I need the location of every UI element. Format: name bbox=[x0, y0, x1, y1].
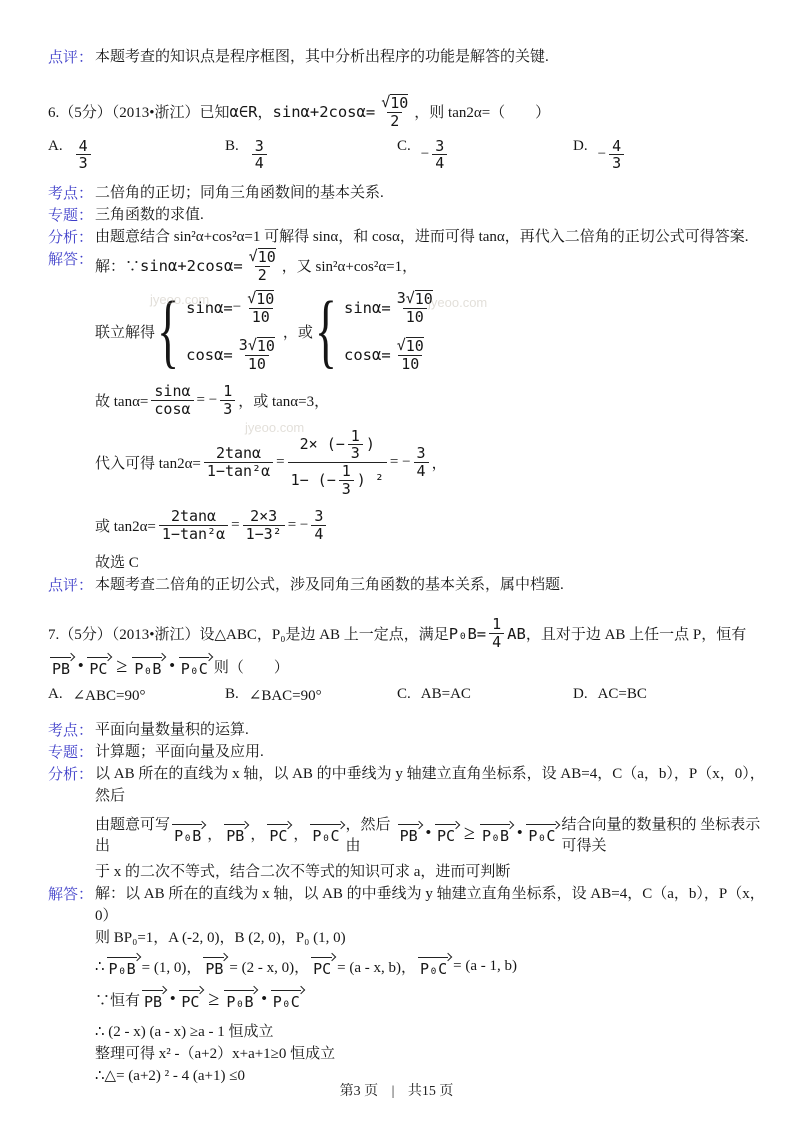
vector-pc: PC bbox=[179, 988, 203, 1011]
q7-stem-line2: PB • PC ≥ P₀B • P₀C 则（ ） bbox=[48, 655, 765, 678]
q7-option-c: C. AB=AC bbox=[397, 686, 573, 703]
q6-option-a: A. 43 bbox=[48, 138, 225, 173]
frac-numerator: 1 bbox=[339, 463, 354, 480]
frac-denominator: 4 bbox=[414, 462, 429, 480]
vector-pc: PC bbox=[267, 822, 291, 845]
sqrt-radicand: 10 bbox=[415, 290, 433, 308]
frac-denominator: 3 bbox=[220, 400, 235, 418]
sep: ， bbox=[250, 823, 265, 844]
frac-denominator: 4 bbox=[252, 154, 267, 172]
q6-solve-line1: 解：∵ sinα+2cosα= 10 2 ，又 sin²α+cos²α=1， bbox=[95, 248, 765, 284]
vector-pb: PB bbox=[203, 955, 227, 978]
vector-p0b: P₀B bbox=[480, 822, 513, 845]
q7-fenxi-line2: 由题意可写出 P₀B ， PB ， PC ， P₀C ，然后由 PB • PC … bbox=[95, 813, 765, 855]
pre: 或 tan2α= bbox=[95, 515, 156, 536]
q7-solve-line2: 则 BP₀=1，A (-2, 0)，B (2, 0)，P₀ (1, 0) bbox=[95, 927, 765, 949]
vector-p0b: P₀B bbox=[172, 822, 205, 845]
q7-ab: AB bbox=[507, 625, 526, 643]
q7-options: A. ∠ABC=90° B. ∠BAC=90° C. AB=AC D. AC=B… bbox=[48, 686, 765, 705]
q6-solve-tan-line: 故 tanα= sinαcosα = − 13 ，或 tanα=3， bbox=[95, 383, 765, 418]
option-text: AB=AC bbox=[421, 686, 471, 703]
q7-kaodian-row: 考点： 平面向量数量积的运算. bbox=[48, 719, 765, 741]
d-post: ) ² bbox=[357, 472, 384, 489]
equals: = − bbox=[197, 392, 218, 409]
equals: = − bbox=[390, 454, 411, 471]
q6-kaodian-row: 考点： 二倍角的正切；同角三角函数间的基本关系. bbox=[48, 182, 765, 204]
option-letter: A. bbox=[48, 138, 63, 155]
vector-pb: PB bbox=[398, 822, 422, 845]
q6-fenxi-text: 由题意结合 sin²α+cos²α=1 可解得 sinα，和 cosα，进而可得… bbox=[95, 226, 765, 248]
vector-p0c: P₀C bbox=[418, 955, 451, 978]
q7-fenxi-row: 分析： 以 AB 所在的直线为 x 轴，以 AB 的中垂线为 y 轴建立直角坐标… bbox=[48, 763, 765, 883]
frac-numerator: 1 bbox=[348, 428, 363, 445]
frac-numerator: 3 bbox=[414, 445, 429, 462]
q7-fenxi-line3: 于 x 的二次不等式，结合二次不等式的知识可求 a，进而可判断 bbox=[95, 861, 765, 883]
pre: 由题意可写出 bbox=[95, 813, 170, 855]
eq: = (2 - x, 0)， bbox=[229, 956, 309, 977]
footer-separator: | bbox=[392, 1084, 395, 1099]
zhuanti-label: 专题： bbox=[48, 741, 95, 762]
sep: ， bbox=[293, 823, 308, 844]
option-text: ∠ABC=90° bbox=[73, 686, 146, 705]
frac-denominator: 2 bbox=[255, 266, 270, 284]
sign: − bbox=[233, 299, 241, 316]
fraction: 10 10 bbox=[244, 290, 277, 326]
frac-denominator: 2 bbox=[387, 112, 402, 130]
sqrt-radicand: 10 bbox=[256, 290, 274, 308]
q6-solve-tan2a-line1: 代入可得 tan2α= 2tanα1−tan²α = 2× (−13) 1− (… bbox=[95, 428, 765, 498]
frac-numerator: sinα bbox=[151, 383, 193, 400]
vector-p0c: P₀C bbox=[179, 655, 212, 678]
q6-option-d: D. − 43 bbox=[573, 138, 627, 173]
frac-denominator: 3 bbox=[76, 154, 91, 172]
q6-stem-prefix: 6.（5分）（2013•浙江）已知 bbox=[48, 101, 230, 122]
q6-option-b: B. 34 bbox=[225, 138, 397, 173]
sqrt-radicand: 10 bbox=[257, 337, 275, 355]
q6-solution: 解：∵ sinα+2cosα= 10 2 ，又 sin²α+cos²α=1， 联… bbox=[95, 248, 765, 574]
q7-zhuanti-text: 计算题；平面向量及应用. bbox=[95, 741, 765, 763]
document-page: 点评： 本题考查的知识点是程序框图，其中分析出程序的功能是解答的关键. 6.（5… bbox=[0, 0, 793, 1087]
pre: ∴ bbox=[95, 957, 105, 976]
q5-comment-text: 本题考查的知识点是程序框图，其中分析出程序的功能是解答的关键. bbox=[95, 46, 765, 68]
q6-dianping-text: 本题考查二倍角的正切公式，涉及同角三角函数的基本关系，属中档题. bbox=[95, 574, 765, 596]
vector-pc: PC bbox=[311, 955, 335, 978]
vector-p0b: P₀B bbox=[132, 655, 165, 678]
q7-kaodian-text: 平面向量数量积的运算. bbox=[95, 719, 765, 741]
q6-jieda-row: 解答： 解：∵ sinα+2cosα= 10 2 ，又 sin²α+cos²α=… bbox=[48, 248, 765, 574]
equals: = − bbox=[288, 517, 309, 534]
option-fraction: 43 bbox=[609, 138, 624, 173]
vector-p0b: P₀B bbox=[107, 955, 140, 978]
q7-zhuanti-row: 专题： 计算题；平面向量及应用. bbox=[48, 741, 765, 763]
frac-numerator: 2×3 bbox=[247, 508, 280, 525]
fraction: 2tanα1−tan²α bbox=[159, 508, 228, 543]
option-letter: D. bbox=[573, 686, 588, 703]
mid: ，然后由 bbox=[346, 813, 396, 855]
q6-option-c: C. − 34 bbox=[397, 138, 573, 173]
frac-denominator: 3 bbox=[339, 480, 354, 498]
q6-options: A. 43 B. 34 C. − 34 D. − 43 bbox=[48, 138, 765, 173]
q7-option-d: D. AC=BC bbox=[573, 686, 647, 703]
q6-stem-fraction: 10 2 bbox=[378, 94, 411, 130]
fraction: 310 10 bbox=[394, 290, 436, 326]
frac-numerator: 1 bbox=[489, 616, 504, 633]
vector-p0c: P₀C bbox=[271, 988, 304, 1011]
zhuanti-label: 专题： bbox=[48, 204, 95, 225]
frac-denominator: 4 bbox=[432, 154, 447, 172]
comment-label: 点评： bbox=[48, 574, 95, 595]
q6-fenxi-row: 分析： 由题意结合 sin²α+cos²α=1 可解得 sinα，和 cosα，… bbox=[48, 226, 765, 248]
dot-operator: • bbox=[426, 825, 431, 842]
dot-operator: • bbox=[261, 991, 266, 1008]
pre: 故 tanα= bbox=[95, 390, 148, 411]
fraction: sinαcosα bbox=[151, 383, 193, 418]
option-letter: B. bbox=[225, 138, 239, 155]
q5-comment-row: 点评： 本题考查的知识点是程序框图，其中分析出程序的功能是解答的关键. bbox=[48, 46, 765, 68]
frac-numerator: 4 bbox=[76, 138, 91, 155]
q7-fenxi-line1: 以 AB 所在的直线为 x 轴，以 AB 的中垂线为 y 轴建立直角坐标系，设 … bbox=[95, 763, 765, 807]
dot-operator: • bbox=[169, 658, 174, 675]
q6-stem-comma: ， bbox=[258, 101, 273, 122]
fenxi-label: 分析： bbox=[48, 763, 95, 784]
lhs: cosα= bbox=[344, 346, 391, 364]
fraction: 10 10 bbox=[394, 337, 427, 373]
option-letter: C. bbox=[397, 686, 411, 703]
solve-pre: 解：∵ bbox=[95, 255, 140, 276]
eq: = (a - x, b)， bbox=[337, 956, 416, 977]
frac-numerator: 4 bbox=[609, 138, 624, 155]
kaodian-label: 考点： bbox=[48, 182, 95, 203]
q7-solve-line3: ∴ P₀B = (1, 0)， PB = (2 - x, 0)， PC = (a… bbox=[95, 955, 765, 978]
frac-denominator: 10 bbox=[403, 308, 427, 326]
fraction: 2tanα1−tan²α bbox=[204, 445, 273, 480]
n-pre: 2× (− bbox=[300, 436, 345, 453]
frac-numerator: 3 bbox=[432, 138, 447, 155]
sqrt-radical: 10 bbox=[248, 337, 275, 355]
frac-denominator: 10 bbox=[249, 308, 273, 326]
lhs: sinα= bbox=[186, 299, 233, 317]
lhs: sinα= bbox=[344, 299, 391, 317]
option-text: AC=BC bbox=[598, 686, 647, 703]
equals: = bbox=[231, 517, 239, 534]
q6-stem-suffix: ，则 tan2α=（ ） bbox=[414, 101, 550, 122]
pre: 代入可得 tan2α= bbox=[95, 452, 201, 473]
frac-denominator: 10 bbox=[245, 355, 269, 373]
option-letter: C. bbox=[397, 138, 411, 155]
q7-option-b: B. ∠BAC=90° bbox=[225, 686, 397, 705]
systems-mid: ，或 bbox=[283, 321, 313, 342]
fenxi-label: 分析： bbox=[48, 226, 95, 247]
q6-alpha-in-r: α∈R bbox=[230, 103, 258, 121]
frac-numerator: 2tanα bbox=[213, 445, 264, 462]
geq-symbol: ≥ bbox=[116, 655, 127, 678]
dot-operator: • bbox=[78, 658, 83, 675]
option-sign: − bbox=[421, 146, 429, 163]
option-letter: B. bbox=[225, 686, 239, 703]
n-post: ) bbox=[366, 436, 375, 453]
fraction: 34 bbox=[311, 508, 326, 543]
vector-pb: PB bbox=[224, 822, 248, 845]
q6-stem: 6.（5分）（2013•浙江）已知 α∈R ， sinα+2cosα= 10 2… bbox=[48, 94, 765, 130]
sqrt-radicand: 10 bbox=[406, 337, 424, 355]
q7-solve-line6: 整理可得 x² -（a+2）x+a+1≥0 恒成立 bbox=[95, 1043, 765, 1065]
eq: = (1, 0)， bbox=[142, 956, 202, 977]
frac-denominator: 1−tan²α bbox=[159, 525, 228, 543]
comment-label: 点评： bbox=[48, 46, 95, 67]
q6-dianping-row: 点评： 本题考查二倍角的正切公式，涉及同角三角函数的基本关系，属中档题. bbox=[48, 574, 765, 596]
option-sign: − bbox=[598, 146, 606, 163]
frac-denominator: 3 bbox=[609, 154, 624, 172]
frac-denominator: 3 bbox=[348, 444, 363, 462]
post: ，或 tanα=3， bbox=[238, 390, 329, 411]
q7-solve-line5: ∴ (2 - x) (a - x) ≥a - 1 恒成立 bbox=[95, 1021, 765, 1043]
vector-pc: PC bbox=[435, 822, 459, 845]
vector-pb: PB bbox=[50, 655, 74, 678]
footer-total: 共15 页 bbox=[408, 1084, 454, 1099]
q6-sin-expr: sinα+2cosα= bbox=[273, 103, 376, 121]
dot-operator: • bbox=[170, 991, 175, 1008]
vector-pc: PC bbox=[87, 655, 111, 678]
equation-system-2: sinα= 310 10 cosα= 10 bbox=[315, 290, 439, 373]
frac-numerator: 2tanα bbox=[168, 508, 219, 525]
dot-operator: • bbox=[517, 825, 522, 842]
vector-p0c: P₀C bbox=[526, 822, 559, 845]
frac-denominator: cosα bbox=[151, 400, 193, 418]
q7-stem-then: 则（ ） bbox=[214, 656, 289, 677]
page-footer: 第3 页 | 共15 页 bbox=[0, 1080, 793, 1100]
sqrt-radicand: 10 bbox=[258, 248, 276, 266]
q7-fenxi-body: 以 AB 所在的直线为 x 轴，以 AB 的中垂线为 y 轴建立直角坐标系，设 … bbox=[95, 763, 765, 883]
system2-row1: sinα= 310 10 bbox=[344, 290, 439, 326]
frac-numerator: 3 bbox=[252, 138, 267, 155]
vector-p0c: P₀C bbox=[310, 822, 343, 845]
equals: = bbox=[276, 454, 284, 471]
sep: ， bbox=[207, 823, 222, 844]
fraction: 13 bbox=[220, 383, 235, 418]
system1-row2: cosα= 310 10 bbox=[186, 337, 281, 373]
q7-solution: 解：以 AB 所在的直线为 x 轴，以 AB 的中垂线为 y 轴建立直角坐标系，… bbox=[95, 883, 765, 1087]
eq: = (a - 1, b) bbox=[453, 958, 517, 975]
frac-denominator: 1−3² bbox=[243, 525, 285, 543]
q7-p0b-eq: P₀B= bbox=[449, 625, 486, 643]
frac-numerator: 1 bbox=[220, 383, 235, 400]
sqrt-radicand: 10 bbox=[390, 94, 408, 112]
sqrt-radical: 10 bbox=[381, 94, 408, 112]
system2-row2: cosα= 10 10 bbox=[344, 337, 439, 373]
frac-denominator: 1−tan²α bbox=[204, 462, 273, 480]
q6-solve-tan2a-line2: 或 tan2α= 2tanα1−tan²α = 2×31−3² = − 34 bbox=[95, 508, 765, 543]
system1-row1: sinα= − 10 10 bbox=[186, 290, 281, 326]
geq-symbol: ≥ bbox=[208, 988, 219, 1011]
q7-solve-line1: 解：以 AB 所在的直线为 x 轴，以 AB 的中垂线为 y 轴建立直角坐标系，… bbox=[95, 883, 765, 927]
jieda-label: 解答： bbox=[48, 883, 95, 904]
coef: 3 bbox=[397, 289, 406, 307]
option-fraction: 34 bbox=[252, 138, 267, 173]
q6-zhuanti-text: 三角函数的求值. bbox=[95, 204, 765, 226]
equation-system-1: sinα= − 10 10 cosα= 310 bbox=[157, 290, 281, 373]
q7-option-a: A. ∠ABC=90° bbox=[48, 686, 225, 705]
fraction: 10 2 bbox=[246, 248, 279, 284]
option-letter: A. bbox=[48, 686, 63, 703]
frac-denominator: 4 bbox=[489, 633, 504, 651]
option-letter: D. bbox=[573, 138, 588, 155]
footer-page: 第3 页 bbox=[340, 1084, 379, 1099]
vector-pb: PB bbox=[142, 988, 166, 1011]
option-fraction: 34 bbox=[432, 138, 447, 173]
sqrt-radical: 10 bbox=[247, 290, 274, 308]
coef: 3 bbox=[239, 336, 248, 354]
q6-zhuanti-row: 专题： 三角函数的求值. bbox=[48, 204, 765, 226]
q6-answer-choice: 故选 C bbox=[95, 552, 765, 574]
fraction: 13 bbox=[348, 428, 363, 463]
q7-solve-line4: ∵恒有 PB • PC ≥ P₀B • P₀C bbox=[95, 988, 765, 1011]
fraction: 34 bbox=[414, 445, 429, 480]
fraction: 310 10 bbox=[236, 337, 278, 373]
fraction: 2×31−3² bbox=[243, 508, 285, 543]
q7-stem-prefix: 7.（5分）（2013•浙江）设△ABC，P₀是边 AB 上一定点，满足 bbox=[48, 623, 449, 644]
post: 结合向量的数量积的 坐标表示可得关 bbox=[561, 813, 765, 855]
numerator-box: 2× (−13) bbox=[300, 428, 375, 463]
pre: ∵恒有 bbox=[95, 989, 140, 1010]
fraction: 13 bbox=[339, 463, 354, 498]
lhs: cosα= bbox=[186, 346, 233, 364]
frac-denominator: 10 bbox=[398, 355, 422, 373]
frac-numerator: 3 bbox=[311, 508, 326, 525]
vector-p0b: P₀B bbox=[224, 988, 257, 1011]
sin-expr: sinα+2cosα= bbox=[140, 257, 243, 275]
sqrt-radical: 10 bbox=[397, 337, 424, 355]
post: ， bbox=[432, 452, 447, 473]
q6-kaodian-text: 二倍角的正切；同角三角函数间的基本关系. bbox=[95, 182, 765, 204]
q6-solve-systems: 联立解得 sinα= − 10 10 cosα= bbox=[95, 290, 765, 373]
sqrt-radical: 10 bbox=[406, 290, 433, 308]
q7-stem-post: ，且对于边 AB 上任一点 P，恒有 bbox=[526, 623, 746, 644]
d-pre: 1− (− bbox=[291, 472, 336, 489]
kaodian-label: 考点： bbox=[48, 719, 95, 740]
nested-fraction: 2× (−13) 1− (−13) ² bbox=[288, 428, 387, 498]
option-fraction: 43 bbox=[76, 138, 91, 173]
q7-stem-line1: 7.（5分）（2013•浙江）设△ABC，P₀是边 AB 上一定点，满足 P₀B… bbox=[48, 616, 765, 651]
jieda-label: 解答： bbox=[48, 248, 95, 269]
fraction: 14 bbox=[489, 616, 504, 651]
denominator-box: 1− (−13) ² bbox=[291, 463, 384, 498]
systems-pre: 联立解得 bbox=[95, 321, 155, 342]
solve-post: ，又 sin²α+cos²α=1， bbox=[282, 255, 417, 276]
sqrt-radical: 10 bbox=[249, 248, 276, 266]
geq-symbol: ≥ bbox=[464, 822, 475, 845]
frac-denominator: 4 bbox=[311, 525, 326, 543]
q7-jieda-row: 解答： 解：以 AB 所在的直线为 x 轴，以 AB 的中垂线为 y 轴建立直角… bbox=[48, 883, 765, 1087]
option-text: ∠BAC=90° bbox=[249, 686, 322, 705]
